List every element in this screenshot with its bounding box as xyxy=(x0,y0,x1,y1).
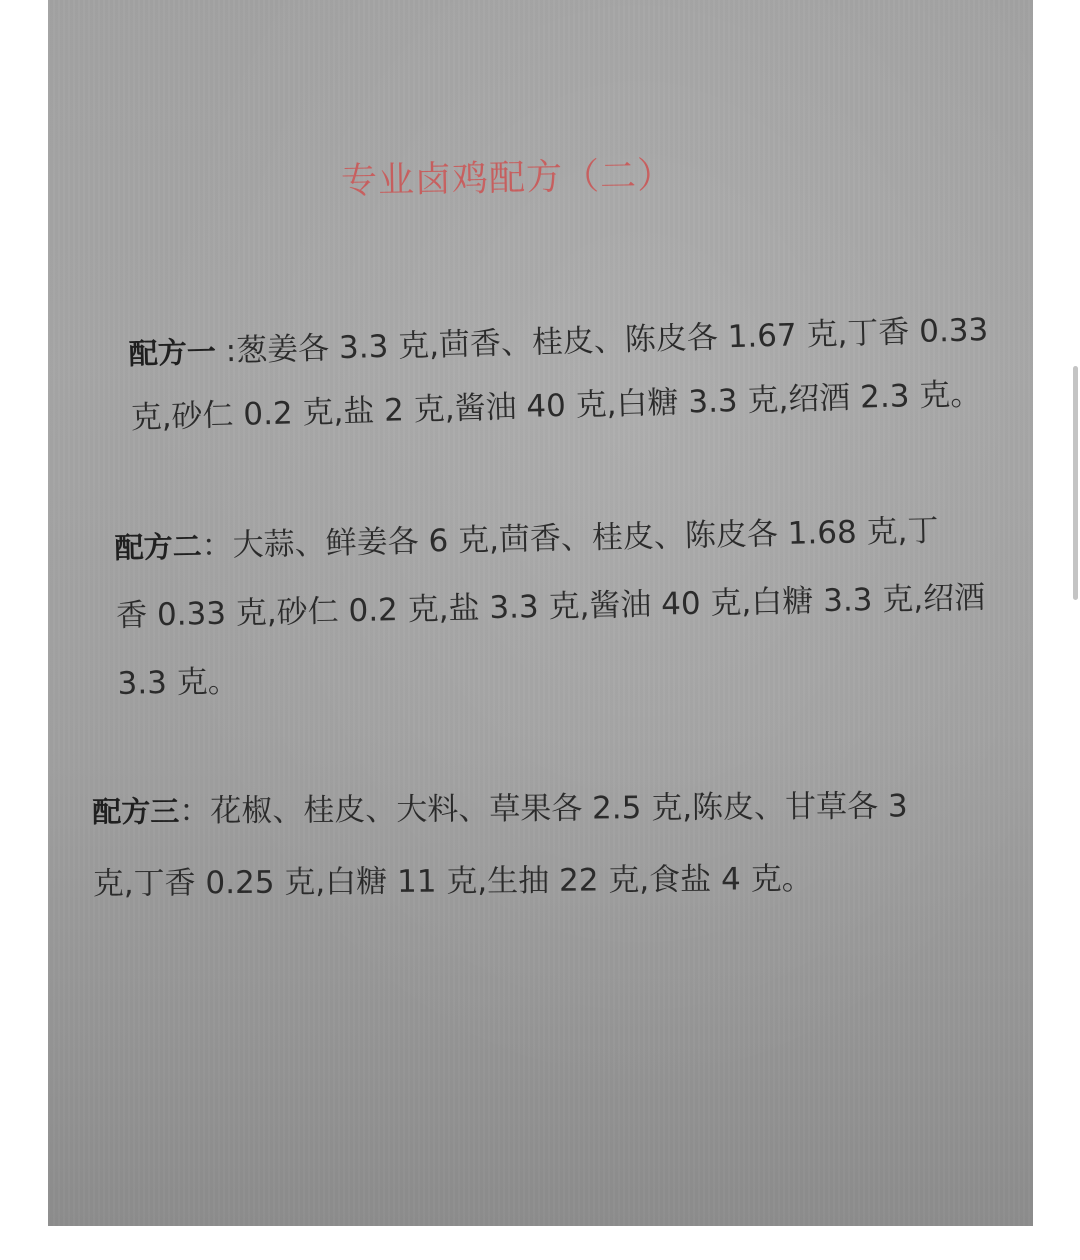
document-photo: 专业卤鸡配方（二） 配方一 :葱姜各 3.3 克,茴香、桂皮、陈皮各 1.67 … xyxy=(48,0,1033,1226)
image-viewer: 专业卤鸡配方（二） 配方一 :葱姜各 3.3 克,茴香、桂皮、陈皮各 1.67 … xyxy=(0,0,1080,1260)
recipe-2: 配方二：大蒜、鲜姜各 6 克,茴香、桂皮、陈皮各 1.68 克,丁 香 0.33… xyxy=(114,496,987,718)
vertical-scrollbar-thumb[interactable] xyxy=(1073,366,1078,600)
recipe-text: 克,丁香 0.25 克,白糖 11 克,生抽 22 克,食盐 4 克。 xyxy=(93,842,909,920)
recipe-text: ：花椒、桂皮、大料、草果各 2.5 克,陈皮、甘草各 3 xyxy=(179,788,908,829)
recipe-1: 配方一 :葱姜各 3.3 克,茴香、桂皮、陈皮各 1.67 克,丁香 0.33 … xyxy=(128,298,991,450)
recipe-3: 配方三：花椒、桂皮、大料、草果各 2.5 克,陈皮、甘草各 3 克,丁香 0.2… xyxy=(92,770,908,920)
recipe-label: 配方一 xyxy=(128,335,216,371)
recipe-label: 配方三 xyxy=(92,794,179,829)
recipe-line: 配方三：花椒、桂皮、大料、草果各 2.5 克,陈皮、甘草各 3 xyxy=(92,770,908,848)
recipe-label: 配方二 xyxy=(114,529,202,565)
recipe-text: :葱姜各 3.3 克,茴香、桂皮、陈皮各 1.67 克,丁香 0.33 xyxy=(215,312,988,370)
document-title: 专业卤鸡配方（二） xyxy=(341,147,675,204)
recipe-text: ：大蒜、鲜姜各 6 克,茴香、桂皮、陈皮各 1.68 克,丁 xyxy=(201,513,938,564)
